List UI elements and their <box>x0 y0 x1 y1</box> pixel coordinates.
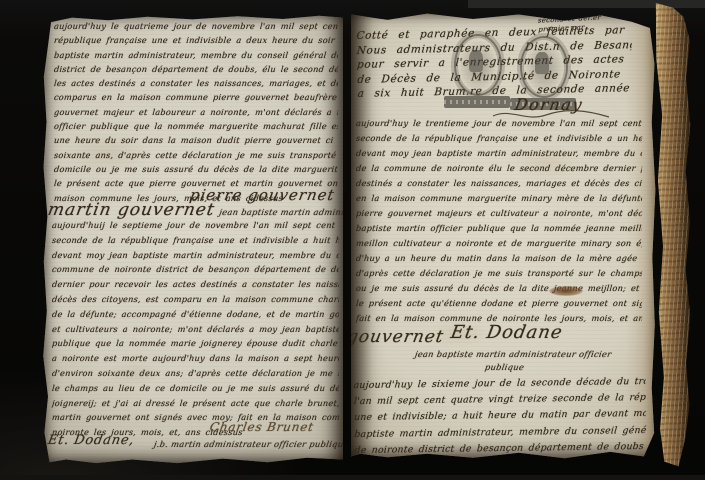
signature-dodane: Et. Dodane <box>449 322 564 343</box>
signature-martin-gouvernet: martin gouvernet <box>46 200 216 220</box>
manuscript-line: et cultivateurs a noironte; m'ont déclar… <box>51 322 340 337</box>
manuscript-line: le champs au lieu de ce domicile ou je m… <box>51 381 340 396</box>
manuscript-line: domicile ou je me suis assuré du décès d… <box>53 162 339 176</box>
manuscript-line: aujourd'huy le trentieme jour de novembr… <box>355 116 643 131</box>
manuscript-scan: aujourd'huy le quatrieme jour de novembr… <box>0 0 705 480</box>
manuscript-line: comparus en la maison commune pierre gou… <box>53 90 339 104</box>
right-page: second et der.er premier par Cotté et pa… <box>351 10 656 460</box>
manuscript-line: seconde de la république française une e… <box>355 131 643 146</box>
right-death-act-1: aujourd'huy le trentieme jour de novembr… <box>356 116 642 326</box>
stamp-banner <box>444 96 510 108</box>
manuscript-line: d'environ soixante deux ans; d'après cet… <box>51 366 340 381</box>
stamp-figure <box>469 50 483 72</box>
manuscript-line: devant moy jean baptiste martin administ… <box>51 248 340 263</box>
book-fore-edge <box>650 3 692 471</box>
manuscript-line: décès des citoyens, est comparu en la ma… <box>51 292 340 307</box>
signature-row-martin: martin gouvernet jean baptiste martin ad… <box>46 200 343 220</box>
manuscript-line: officier publique que la nommée margueri… <box>53 119 339 133</box>
manuscript-line: aujourd'huij le septieme jour de novembr… <box>51 218 340 233</box>
signature-gouvernet: gouvernet <box>351 327 445 347</box>
manuscript-line: meillon cultivateur a noironte et de mar… <box>355 236 643 251</box>
signature-dodane: Et. Dodane, <box>47 433 136 448</box>
ink-blot <box>549 286 583 296</box>
manuscript-line: seconde de la république française une e… <box>51 233 340 248</box>
manuscript-line: joignereij; et j'ai ai dressé le présent… <box>51 396 340 411</box>
manuscript-line: en la maison commune marguerite minary m… <box>355 191 643 206</box>
manuscript-line: d'après cette déclaration je me suis tra… <box>355 266 643 281</box>
manuscript-line: soixante ans, d'après cette déclaration … <box>53 148 339 162</box>
stamp-figure <box>535 52 549 74</box>
manuscript-line: de la commune de noironte élu le second … <box>355 161 643 176</box>
signature-charles-brunet: Charles Brunet <box>209 420 315 434</box>
manuscript-line: république française une et indivisible … <box>53 33 339 47</box>
manuscript-line: baptiste martin administrateur, membre d… <box>53 48 339 62</box>
manuscript-line: gouvernet majeur et laboureur a noironte… <box>53 105 339 119</box>
manuscript-line: publique que la nommée marie joignerey é… <box>51 336 340 351</box>
manuscript-line: commune de noironte district de besançon… <box>51 262 340 277</box>
manuscript-line: les actes destinés a constater les naiss… <box>53 76 339 90</box>
left-page: aujourd'huy le quatrieme jour de novembr… <box>42 14 343 464</box>
left-death-act-2: aujourd'huij le septieme jour de novembr… <box>52 218 339 440</box>
officiant-note: jean baptiste martin administrateur offi… <box>414 349 612 359</box>
manuscript-line: de noironte district de besançon départe… <box>354 439 647 459</box>
officiant-note: jean baptiste martin administrateur offi… <box>219 207 343 217</box>
manuscript-line: de la défunte; accompagné d'étienne doda… <box>51 307 340 322</box>
manuscript-line: aujourd'huy le quatrieme jour de novembr… <box>53 19 339 33</box>
manuscript-line: d'huy a un heure du matin dans la maison… <box>355 251 643 266</box>
oval-revenue-stamp-icon <box>451 32 503 112</box>
manuscript-line: district de besançon département de doub… <box>53 62 339 76</box>
manuscript-line: pierre gouvernet majeurs et cultivateur … <box>355 206 643 221</box>
officiant-note: j.b. martin administrateur officier publ… <box>153 439 343 449</box>
officiant-note: publique <box>484 362 525 372</box>
manuscript-line: a noironte est morte aujourd'huy dans la… <box>51 351 340 366</box>
manuscript-line: le présent acte qu'étienne dodane et pie… <box>355 296 643 311</box>
manuscript-line: destinés a constater les naissances, mar… <box>355 176 643 191</box>
left-death-act-1: aujourd'huy le quatrieme jour de novembr… <box>54 19 338 205</box>
manuscript-line: ou je me suis assuré du décès de la dite… <box>355 281 643 296</box>
manuscript-line: baptiste martin officier publique que la… <box>355 221 643 236</box>
manuscript-line: dernier pour recevoir les actes destinés… <box>51 277 340 292</box>
scanner-background-strip-bottom <box>0 475 705 480</box>
right-death-act-2: aujourd'huy le sixieme jour de la second… <box>353 374 646 459</box>
manuscript-line: une heure du soir dans la maison dudit p… <box>53 133 339 147</box>
manuscript-line: devant moy jean baptiste martin administ… <box>355 146 643 161</box>
